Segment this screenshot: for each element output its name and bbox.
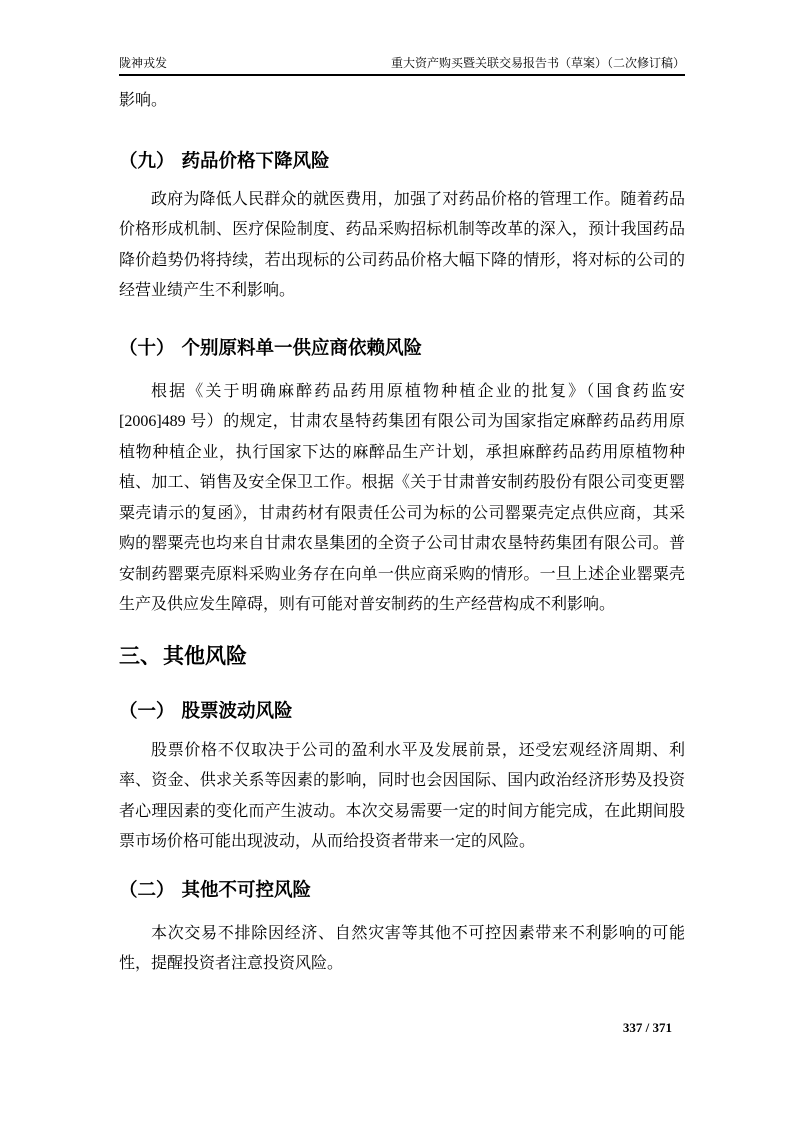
paragraph-supplier-dependence-risk: 根据《关于明确麻醉药品药用原植物种植企业的批复》（国食药监安[2006]489 … <box>119 377 685 621</box>
header-company-name: 陇神戎发 <box>119 55 167 71</box>
section-number: （九） <box>119 150 175 171</box>
section-title: 药品价格下降风险 <box>182 150 330 171</box>
page-content: 陇神戎发 重大资产购买暨关联交易报告书（草案）（二次修订稿） 影响。 （九）药品… <box>119 0 685 980</box>
carryover-paragraph: 影响。 <box>119 86 685 117</box>
section-heading-2: （二）其他不可控风险 <box>119 876 685 903</box>
chapter-heading-3: 三、其他风险 <box>119 642 685 672</box>
header-document-title: 重大资产购买暨关联交易报告书（草案）（二次修订稿） <box>391 55 685 71</box>
section-heading-1: （一）股票波动风险 <box>119 697 685 724</box>
paragraph-uncontrollable-risk: 本次交易不排除因经济、自然灾害等其他不可控因素带来不利影响的可能性，提醒投资者注… <box>119 919 685 980</box>
section-heading-9: （九）药品价格下降风险 <box>119 147 685 174</box>
section-heading-10: （十）个别原料单一供应商依赖风险 <box>119 334 685 361</box>
section-title: 个别原料单一供应商依赖风险 <box>182 337 423 358</box>
chapter-title: 其他风险 <box>163 645 247 668</box>
page-number: 337 / 371 <box>623 1020 672 1035</box>
section-number: （二） <box>119 879 175 900</box>
chapter-number: 三、 <box>119 645 161 668</box>
paragraph-stock-volatility-risk: 股票价格不仅取决于公司的盈利水平及发展前景，还受宏观经济周期、利率、资金、供求关… <box>119 736 685 858</box>
section-number: （一） <box>119 700 175 721</box>
page-footer: 337 / 371 <box>119 1020 672 1036</box>
page-header: 陇神戎发 重大资产购买暨关联交易报告书（草案）（二次修订稿） <box>119 0 685 76</box>
document-page: 陇神戎发 重大资产购买暨关联交易报告书（草案）（二次修订稿） 影响。 （九）药品… <box>0 0 793 1122</box>
section-title: 股票波动风险 <box>182 700 293 721</box>
section-title: 其他不可控风险 <box>182 879 312 900</box>
paragraph-drug-price-risk: 政府为降低人民群众的就医费用，加强了对药品价格的管理工作。随着药品价格形成机制、… <box>119 185 685 307</box>
section-number: （十） <box>119 337 175 358</box>
